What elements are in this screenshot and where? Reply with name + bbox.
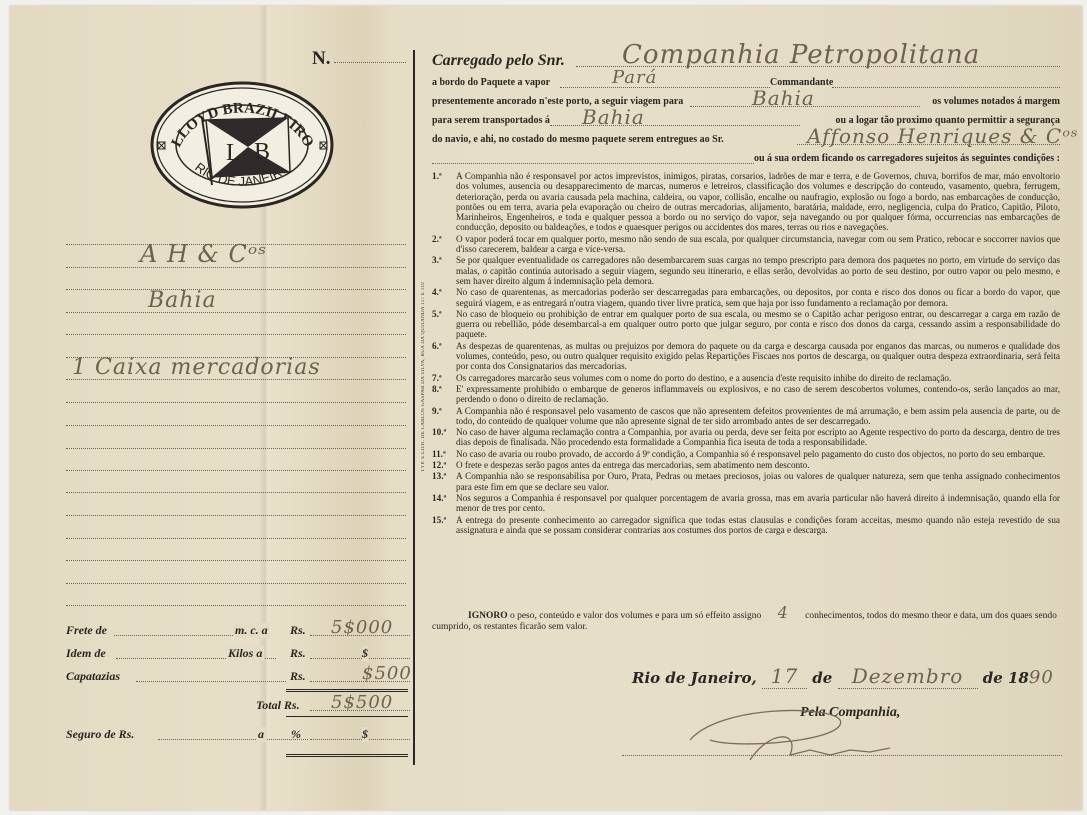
commandante-field[interactable] (832, 87, 1060, 88)
conditions-list: 1.ªA Companhia não é responsavel por act… (432, 171, 1060, 536)
condition-item: 12.ªO frete e despezas serão pagos antes… (432, 460, 1060, 470)
seguro-a: a (256, 727, 266, 742)
frete-label: Frete de (66, 623, 107, 638)
marks-line[interactable] (66, 334, 406, 335)
signature-scrawl-icon (680, 700, 940, 770)
idem-amount-field[interactable] (310, 658, 410, 659)
lloyd-brazileiro-logo: LLOYD BRAZILEIRO RIO DE JANEIRO L B (150, 80, 335, 210)
marks-line[interactable] (66, 448, 406, 449)
total-row: Total Rs. 5$500 (66, 698, 411, 718)
column-divider (413, 50, 415, 765)
printer-imprint: TYP. E LITH. DE CARLOS GASPAR DA SILVA, … (421, 282, 426, 472)
bordo-value: Pará (612, 67, 657, 88)
carregado-row: Carregado pelo Snr. Companhia Petropolit… (432, 52, 1060, 70)
shipping-mark-contents: 1 Caixa mercadorias (72, 355, 321, 380)
idem-label: Idem de (66, 646, 106, 661)
number-label: N. (312, 48, 330, 70)
bordo-row: a bordo do Paquete a vapor Pará Commanda… (432, 77, 1060, 88)
navio-row: do navio, e ahi, no costado do mesmo paq… (432, 134, 1060, 145)
condition-item: 7.ªOs carregadores marcarão seus volumes… (432, 373, 1060, 383)
condition-item: 2.ªO vapor poderá tocar em qualquer port… (432, 234, 1060, 255)
transportados-label: para serem transportados á (432, 115, 550, 126)
ordem-field[interactable] (432, 163, 754, 164)
shipping-mark-initials: A H & Cᵒˢ (140, 240, 267, 268)
marks-line[interactable] (66, 402, 406, 403)
frete-unit: m. c. a (233, 623, 270, 638)
seguro-amount-field[interactable] (158, 739, 308, 740)
seguro-pct: % (291, 727, 301, 742)
flag-emblem-icon: LLOYD BRAZILEIRO RIO DE JANEIRO L B (150, 80, 335, 210)
seguro-value: $ (362, 727, 368, 742)
ancorado-label: presentemente ancorado n'este porto, a s… (432, 96, 683, 107)
seguro-row: Seguro de Rs. a % $ (66, 727, 411, 747)
marks-line[interactable] (66, 538, 406, 539)
marks-line[interactable] (66, 583, 406, 584)
bordo-field[interactable] (560, 87, 770, 88)
capatazias-value: $500 (362, 663, 412, 684)
carregado-value: Companhia Petropolitana (622, 40, 980, 70)
margem-label: os volumes notados á margem (932, 96, 1060, 107)
ordem-label: ou á sua ordem ficando os carregadores s… (754, 153, 1060, 164)
condition-item: 6.ªAs despezas de quarentenas, as multas… (432, 341, 1060, 372)
marks-line[interactable] (66, 470, 406, 471)
shipping-mark-destination: Bahia (148, 288, 217, 313)
svg-text:B: B (254, 139, 270, 165)
condition-item: 3.ªSe por qualquer eventualidade os carr… (432, 255, 1060, 286)
number-field[interactable] (334, 62, 406, 63)
condition-item: 14.ªNos seguros a Companhia é responsave… (432, 493, 1060, 514)
idem-unit: Kilos a (226, 646, 264, 661)
carregado-label: Carregado pelo Snr. (432, 52, 565, 69)
capatazias-label: Capatazias (66, 669, 120, 684)
condition-item: 15.ªA entrega do presente conhecimento a… (432, 515, 1060, 536)
copies-count: 4 (764, 603, 803, 622)
frete-value: 5$000 (331, 617, 393, 638)
capatazias-row: Capatazias Rs. $500 (66, 669, 411, 689)
day-value[interactable]: 17 (762, 664, 807, 689)
total-underline (286, 716, 408, 717)
condition-item: 1.ªA Companhia não é responsavel por act… (432, 171, 1060, 233)
rs-label: Rs. (290, 646, 306, 661)
condition-item: 4.ªNo caso de quarentenas, as mercadoria… (432, 287, 1060, 308)
ignoro-word: IGNORO (468, 611, 508, 621)
marks-line[interactable] (66, 425, 406, 426)
marks-line[interactable] (66, 289, 406, 290)
idem-row: Idem de Kilos a Rs. $ (66, 646, 411, 666)
condition-item: 10.ªNo caso de haver alguma reclamação c… (432, 427, 1060, 448)
condition-item: 11.ªNo caso de avaria ou roubo provado, … (432, 449, 1060, 459)
marks-line[interactable] (66, 312, 406, 313)
marks-line[interactable] (66, 560, 406, 561)
rs-label: Rs. (290, 623, 306, 638)
ancorado-row: presentemente ancorado n'este porto, a s… (432, 96, 1060, 107)
marks-line[interactable] (66, 492, 406, 493)
ignoro-statement: IGNORO o peso, conteúdo e valor dos volu… (432, 607, 1060, 633)
year-value: 90 (1029, 667, 1054, 688)
total-value: 5$500 (331, 692, 393, 713)
bordo-label: a bordo do Paquete a vapor (432, 77, 550, 88)
condition-item: 13.ªA Companhia não se responsabilisa po… (432, 471, 1060, 492)
frete-row: Frete de m. c. a Rs. 5$000 (66, 623, 411, 643)
total-label: Total Rs. (256, 698, 300, 713)
svg-text:L: L (226, 140, 241, 166)
condition-item: 8.ªE' expressamente prohibido o embarque… (432, 384, 1060, 405)
condition-item: 9.ªA Companhia não é responsavel pelo va… (432, 406, 1060, 427)
navio-value: Affonso Henriques & Cᵒˢ (807, 124, 1079, 148)
seguro-rule (286, 754, 408, 757)
rs-label: Rs. (290, 669, 306, 684)
condition-item: 5.ªNo caso de bloqueio ou prohibição de … (432, 309, 1060, 340)
capatazias-dots (136, 681, 286, 682)
place-label: Rio de Janeiro, (632, 669, 757, 687)
seguro-value-field[interactable] (310, 739, 410, 740)
seguro-label: Seguro de Rs. (66, 727, 134, 742)
marks-line[interactable] (66, 515, 406, 516)
marks-line[interactable] (66, 605, 406, 606)
place-date-line: Rio de Janeiro, 17 de Dezembro de 1890 (632, 664, 1054, 689)
navio-label: do navio, e ahi, no costado do mesmo paq… (432, 134, 724, 145)
idem-value: $ (362, 646, 368, 661)
ancorado-value: Bahia (752, 86, 815, 110)
month-value[interactable]: Dezembro (838, 664, 978, 689)
transportados-value: Bahia (582, 105, 645, 129)
